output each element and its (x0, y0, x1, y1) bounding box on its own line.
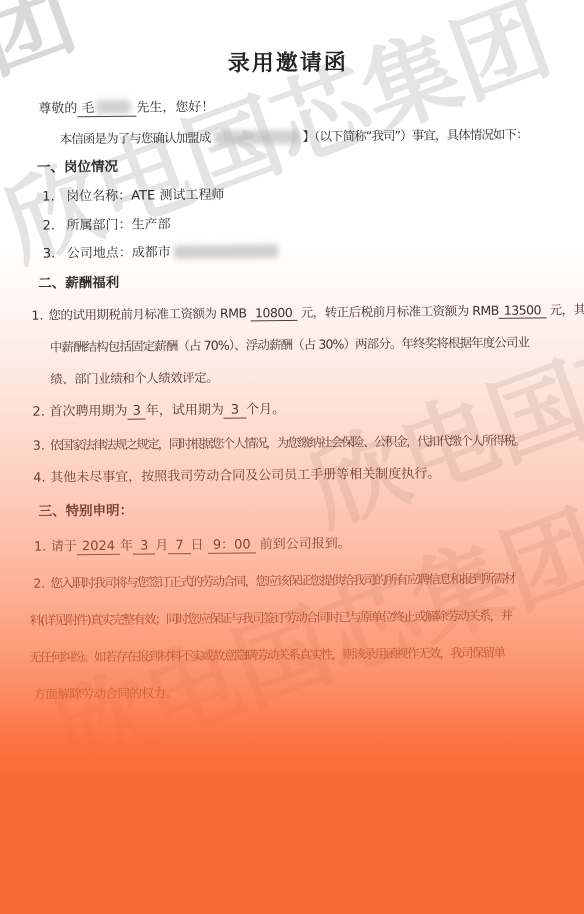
item-number: 3. (43, 245, 67, 263)
redacted-given-name (96, 100, 130, 114)
greeting-line: 尊敬的毛先生，您好！ (38, 99, 214, 119)
salary-seg-a: 您的试用期税前月标准工资额为 RMB (48, 305, 246, 322)
report-seg-c: 月 (155, 538, 168, 553)
contract-item-line1: 2.您入职时我司将与您签订正式的劳动合同，您应该保证您提供给我司的所有应聘信息和… (33, 570, 515, 593)
intro-line: 本信函是为了与您确认加盟成】（以下简称“我司”）事宜，具体情况如下： (60, 126, 528, 149)
section2-heading: 二、薪酬福利 (38, 274, 119, 293)
contract-item-line2: 料(详见附件)真实完整有效；同时您应保证与我司签订劳动合同时已与原单位终止或解除… (30, 607, 512, 630)
report-seg-b: 年 (120, 539, 133, 554)
term-seg-b: 年，试用期为 (146, 403, 224, 419)
regular-salary-value: 13500 (499, 302, 546, 318)
section3-heading: 三、特别申明： (38, 502, 133, 521)
department-item: 2.所属部门：生产部 (42, 216, 170, 235)
recipient-surname: 毛 (81, 101, 94, 116)
intro-text-before: 本信函是为了与您确认加盟成 (60, 130, 211, 147)
social-insurance-text: 依国家法律法规之规定，同时根据您个人情况，为您缴纳社会保险、公积金，代扣代缴个人… (50, 433, 525, 453)
item-number: 2. (33, 575, 50, 593)
item-number: 1. (34, 539, 51, 557)
other-matters-item: 4.其他未尽事宜，按照我司劳动合同及公司员工手册等相关制度执行。 (33, 465, 440, 487)
redacted-company-name (213, 130, 299, 145)
report-month-value: 3 (133, 538, 155, 554)
contract-item-line4: 方面解除劳动合同的权力。 (33, 684, 177, 704)
salary-item-line2: 中薪酬结构包括固定薪酬（占 70%）、浮动薪酬（占 30%）两部分。年终奖将根据… (50, 334, 529, 357)
report-day-value: 7 (168, 538, 190, 554)
position-name-item: 1.岗位名称：ATE 测试工程师 (42, 187, 224, 207)
position-name-text: 岗位名称：ATE 测试工程师 (66, 188, 224, 205)
employment-term-item: 2.首次聘用期为3年，试用期为3个月。 (32, 401, 285, 422)
item-number: 3. (33, 437, 50, 455)
intro-text-after: 】（以下简称“我司”）事宜，具体情况如下： (302, 127, 527, 144)
document-title: 录用邀请函 (0, 43, 580, 80)
recipient-name-blank: 毛 (77, 100, 136, 118)
section1-heading: 一、岗位情况 (37, 158, 118, 177)
term-seg-c: 个月。 (246, 402, 285, 417)
company-location-item: 3.公司地点：成都市 (43, 243, 281, 263)
employment-years-value: 3 (127, 404, 145, 420)
contract-line1-text: 您入职时我司将与您签订正式的劳动合同，您应该保证您提供给我司的所有应聘信息和报到… (50, 571, 515, 591)
term-seg-a: 首次聘用期为 (49, 404, 127, 420)
location-text: 公司地点：成都市 (67, 245, 171, 261)
report-date-item: 1.请于2024年3月7日 9：00 前到公司报到。 (34, 535, 351, 556)
probation-salary-value: 10800 (250, 305, 297, 321)
report-seg-e: 前到公司报到。 (260, 536, 351, 552)
redacted-company-address (174, 244, 278, 259)
item-number: 2. (32, 404, 49, 422)
department-text: 所属部门：生产部 (66, 217, 170, 233)
document-content: 录用邀请函 尊敬的毛先生，您好！ 本信函是为了与您确认加盟成】（以下简称“我司”… (0, 0, 584, 914)
greeting-suffix: 先生，您好！ (136, 100, 214, 116)
salary-seg-c: 元，其 (549, 302, 584, 317)
item-number: 2. (42, 217, 66, 235)
item-number: 4. (33, 470, 50, 488)
salary-seg-b: 元，转正后税前月标准工资额为 RMB (301, 303, 499, 320)
report-seg-a: 请于 (51, 539, 77, 554)
offer-letter-photo: 欣电国芯集团 欣电国芯集团 欣电国芯集团 欣电国芯集团 录用邀请函 尊敬的毛先生… (0, 0, 584, 914)
salary-item-line3: 绩、部门业绩和个人绩效评定。 (50, 369, 218, 389)
item-number: 1. (42, 188, 66, 206)
report-year-value: 2024 (77, 539, 120, 555)
item-number: 1. (31, 307, 48, 325)
salary-item-line1: 1.您的试用期税前月标准工资额为 RMB 10800 元，转正后税前月标准工资额… (31, 301, 584, 325)
probation-months-value: 3 (224, 402, 246, 418)
other-matters-text: 其他未尽事宜，按照我司劳动合同及公司员工手册等相关制度执行。 (50, 466, 440, 485)
report-time-value: 9：00 (208, 537, 256, 553)
greeting-prefix: 尊敬的 (38, 101, 77, 116)
report-seg-d: 日 (191, 538, 204, 553)
social-insurance-item: 3.依国家法律法规之规定，同时根据您个人情况，为您缴纳社会保险、公积金，代扣代缴… (33, 432, 525, 455)
contract-item-line3: 无任何纠纷。如若存在报到材料不实或故意隐瞒劳动关系真实性，则该录用函视作无效，我… (29, 644, 504, 667)
